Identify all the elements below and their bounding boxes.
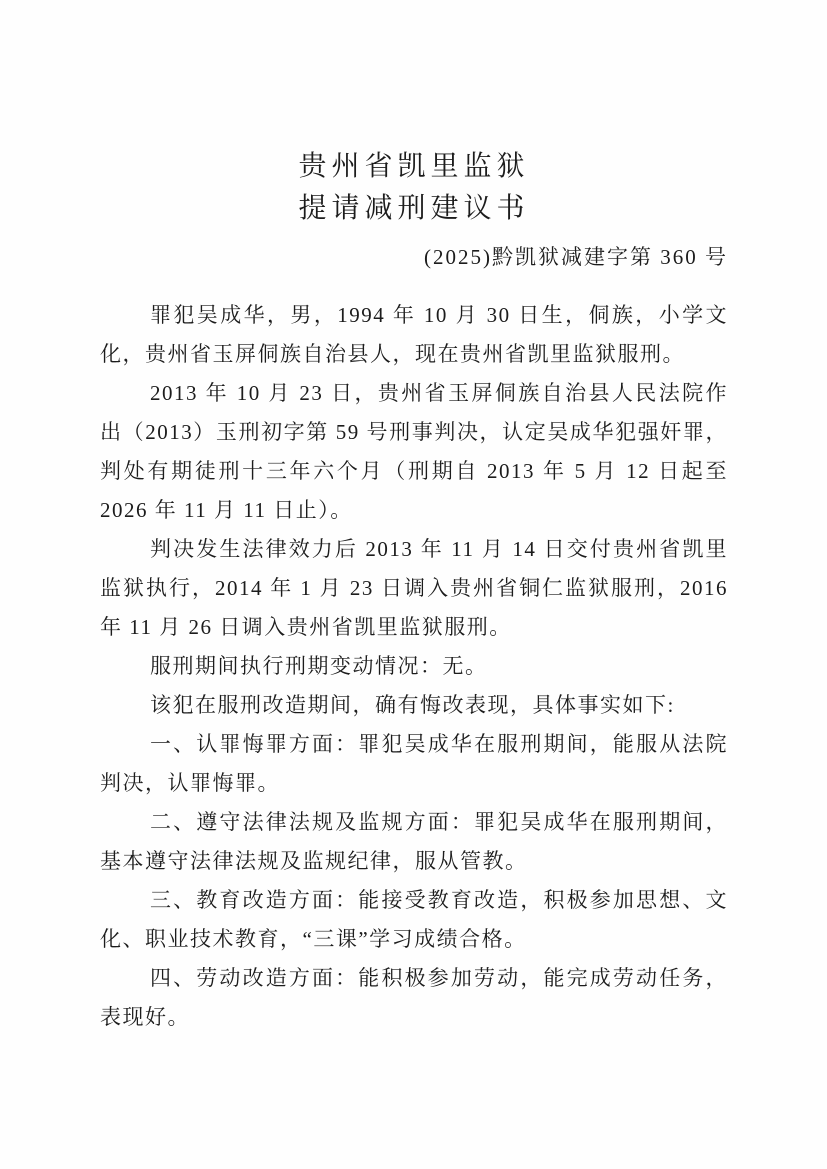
paragraph-repentance-intro: 该犯在服刑改造期间，确有悔改表现，具体事实如下: [100, 686, 728, 725]
paragraph-judgment: 2013 年 10 月 23 日，贵州省玉屏侗族自治县人民法院作出（2013）玉… [100, 374, 728, 530]
paragraph-inmate-info: 罪犯吴成华，男，1994 年 10 月 30 日生，侗族，小学文化，贵州省玉屏侗… [100, 296, 728, 374]
document-page: 贵州省凯里监狱 提请减刑建议书 (2025)黔凯狱减建字第 360 号 罪犯吴成… [0, 0, 827, 1169]
document-title-line1: 贵州省凯里监狱 [100, 146, 728, 188]
paragraph-transfer-history: 判决发生法律效力后 2013 年 11 月 14 日交付贵州省凯里监狱执行，20… [100, 530, 728, 647]
document-number: (2025)黔凯狱减建字第 360 号 [100, 241, 728, 273]
paragraph-term-changes: 服刑期间执行刑期变动情况：无。 [100, 647, 728, 686]
document-title-line2: 提请减刑建议书 [100, 188, 728, 230]
paragraph-item-3-education: 三、教育改造方面：能接受教育改造，积极参加思想、文化、职业技术教育，“三课”学习… [100, 881, 728, 959]
paragraph-item-4-labor: 四、劳动改造方面：能积极参加劳动，能完成劳动任务，表现好。 [100, 959, 728, 1037]
document-title: 贵州省凯里监狱 提请减刑建议书 [100, 146, 728, 230]
document-body: 罪犯吴成华，男，1994 年 10 月 30 日生，侗族，小学文化，贵州省玉屏侗… [100, 296, 728, 1037]
paragraph-item-1-guilt: 一、认罪悔罪方面：罪犯吴成华在服刑期间，能服从法院判决，认罪悔罪。 [100, 725, 728, 803]
paragraph-item-2-discipline: 二、遵守法律法规及监规方面：罪犯吴成华在服刑期间，基本遵守法律法规及监规纪律，服… [100, 803, 728, 881]
